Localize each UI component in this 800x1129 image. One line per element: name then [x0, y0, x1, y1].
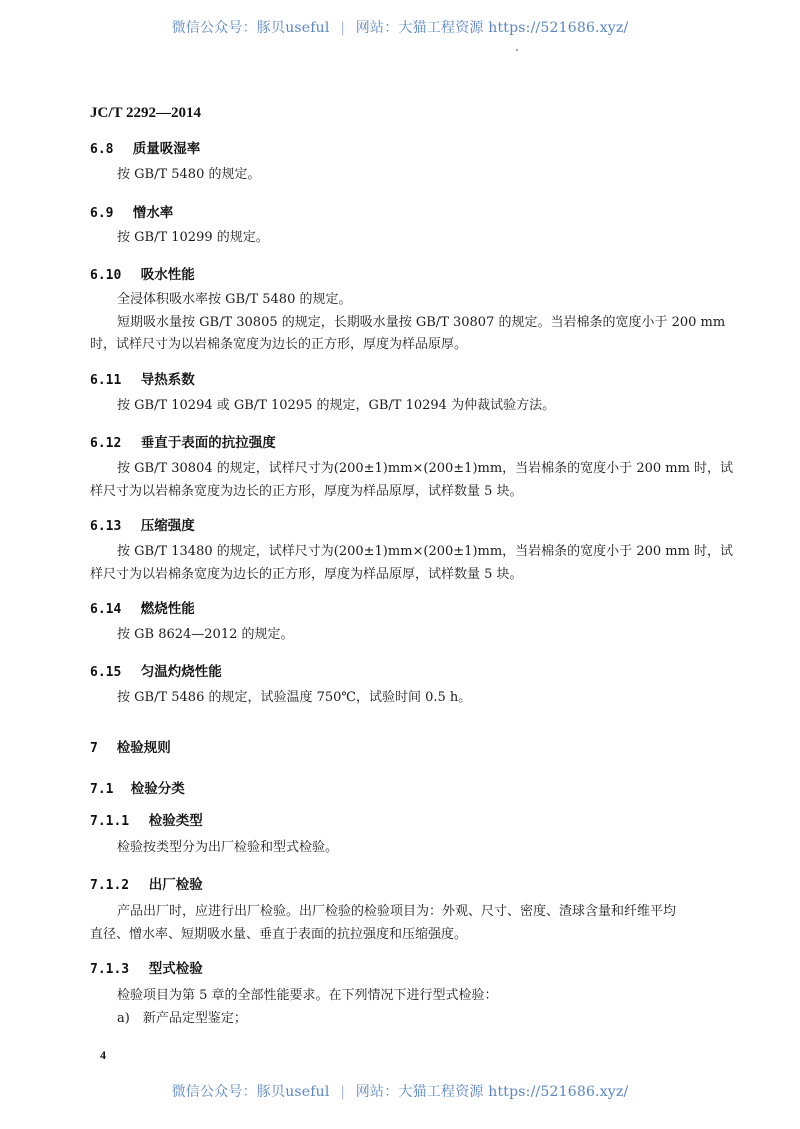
- section-body-7-1-1: 检验按类型分为出厂检验和型式检验。: [90, 837, 710, 860]
- watermark-separator: |: [340, 20, 345, 36]
- body-line: 按 GB/T 10294 或 GB/T 10295 的规定，GB/T 10294…: [90, 395, 710, 418]
- section-number: 6.9: [90, 206, 128, 221]
- section-number: 6.12: [90, 436, 136, 451]
- scan-speck: [516, 49, 518, 51]
- section-body-6-8: 按 GB/T 5480 的规定。: [90, 164, 710, 187]
- section-body-6-15: 按 GB/T 5486 的规定，试验温度 750℃，试验时间 0.5 h。: [90, 687, 710, 710]
- body-line: 样尺寸为以岩棉条宽度为边长的正方形，厚度为样品原厚，试样数量 5 块。: [90, 564, 710, 587]
- watermark-bottom: 微信公众号：豚贝useful | 网站：大猫工程资源 https://52168…: [0, 1081, 800, 1101]
- list-item-a: a) 新产品定型鉴定；: [90, 1008, 710, 1031]
- body-line: 检验项目为第 5 章的全部性能要求。在下列情况下进行型式检验：: [90, 985, 710, 1008]
- watermark-separator: |: [340, 1084, 345, 1100]
- body-line: 产品出厂时，应进行出厂检验。出厂检验的检验项目为：外观、尺寸、密度、渣球含量和纤…: [90, 901, 710, 924]
- section-heading-7-1: 7.1 检验分类: [90, 777, 185, 797]
- section-number: 6.14: [90, 602, 136, 617]
- body-line: 按 GB/T 13480 的规定，试样尺寸为(200±1)mm×(200±1)m…: [90, 541, 710, 564]
- chapter-heading-7: 7 检验规则: [90, 736, 171, 756]
- section-heading-7-1-2: 7.1.2 出厂检验: [90, 873, 203, 893]
- section-number: 7.1.2: [90, 878, 144, 893]
- section-title: 匀温灼烧性能: [141, 664, 222, 680]
- section-body-7-1-2: 产品出厂时，应进行出厂检验。出厂检验的检验项目为：外观、尺寸、密度、渣球含量和纤…: [90, 901, 710, 946]
- section-body-6-9: 按 GB/T 10299 的规定。: [90, 227, 710, 250]
- body-line: 按 GB/T 5486 的规定，试验温度 750℃，试验时间 0.5 h。: [90, 687, 710, 710]
- section-number: 7.1.3: [90, 962, 144, 977]
- section-title: 压缩强度: [141, 518, 195, 534]
- watermark-wechat: 微信公众号：豚贝useful: [172, 20, 330, 36]
- section-heading-6-15: 6.15 匀温灼烧性能: [90, 660, 222, 680]
- section-heading-6-10: 6.10 吸水性能: [90, 263, 195, 283]
- section-heading-6-12: 6.12 垂直于表面的抗拉强度: [90, 431, 276, 451]
- watermark-wechat: 微信公众号：豚贝useful: [172, 1084, 330, 1100]
- section-number: 7: [90, 741, 112, 756]
- watermark-site: 网站：大猫工程资源 https://521686.xyz/: [356, 1084, 629, 1100]
- section-title: 检验分类: [131, 781, 185, 797]
- section-body-7-1-3: 检验项目为第 5 章的全部性能要求。在下列情况下进行型式检验： a) 新产品定型…: [90, 985, 710, 1030]
- section-number: 6.8: [90, 142, 128, 157]
- body-line: 全浸体积吸水率按 GB/T 5480 的规定。: [90, 289, 710, 312]
- body-line: 样尺寸为以岩棉条宽度为边长的正方形，厚度为样品原厚，试样数量 5 块。: [90, 481, 710, 504]
- section-title: 质量吸湿率: [133, 141, 201, 157]
- body-line: 短期吸水量按 GB/T 30805 的规定，长期吸水量按 GB/T 30807 …: [90, 312, 710, 335]
- section-title: 检验类型: [149, 813, 203, 829]
- section-number: 6.15: [90, 665, 136, 680]
- section-heading-6-11: 6.11 导热系数: [90, 368, 195, 388]
- section-number: 6.10: [90, 268, 136, 283]
- section-body-6-12: 按 GB/T 30804 的规定，试样尺寸为(200±1)mm×(200±1)m…: [90, 458, 710, 503]
- section-heading-6-14: 6.14 燃烧性能: [90, 597, 195, 617]
- section-heading-6-8: 6.8 质量吸湿率: [90, 137, 200, 157]
- section-body-6-10: 全浸体积吸水率按 GB/T 5480 的规定。 短期吸水量按 GB/T 3080…: [90, 289, 710, 357]
- section-number: 7.1: [90, 782, 126, 797]
- section-title: 检验规则: [117, 740, 171, 756]
- body-line: 按 GB/T 5480 的规定。: [90, 164, 710, 187]
- section-body-6-11: 按 GB/T 10294 或 GB/T 10295 的规定，GB/T 10294…: [90, 395, 710, 418]
- page-number: 4: [100, 1048, 106, 1063]
- section-title: 出厂检验: [149, 877, 203, 893]
- section-title: 燃烧性能: [141, 601, 195, 617]
- body-line: 时，试样尺寸为以岩棉条宽度为边长的正方形，厚度为样品原厚。: [90, 334, 710, 357]
- section-heading-6-13: 6.13 压缩强度: [90, 514, 195, 534]
- section-title: 型式检验: [149, 961, 203, 977]
- standard-code: JC/T 2292—2014: [90, 105, 201, 122]
- section-number: 7.1.1: [90, 814, 144, 829]
- section-title: 吸水性能: [141, 267, 195, 283]
- section-title: 导热系数: [141, 372, 195, 388]
- watermark-top: 微信公众号：豚贝useful | 网站：大猫工程资源 https://52168…: [0, 17, 800, 37]
- section-body-6-13: 按 GB/T 13480 的规定，试样尺寸为(200±1)mm×(200±1)m…: [90, 541, 710, 586]
- section-heading-7-1-3: 7.1.3 型式检验: [90, 957, 203, 977]
- body-line: 按 GB/T 30804 的规定，试样尺寸为(200±1)mm×(200±1)m…: [90, 458, 710, 481]
- section-title: 憎水率: [133, 205, 174, 221]
- body-line: 按 GB/T 10299 的规定。: [90, 227, 710, 250]
- section-heading-6-9: 6.9 憎水率: [90, 201, 173, 221]
- body-line: 直径、憎水率、短期吸水量、垂直于表面的抗拉强度和压缩强度。: [90, 924, 710, 947]
- watermark-site: 网站：大猫工程资源 https://521686.xyz/: [356, 20, 629, 36]
- body-line: 检验按类型分为出厂检验和型式检验。: [90, 837, 710, 860]
- body-line: 按 GB 8624—2012 的规定。: [90, 624, 710, 647]
- section-number: 6.13: [90, 519, 136, 534]
- section-body-6-14: 按 GB 8624—2012 的规定。: [90, 624, 710, 647]
- section-title: 垂直于表面的抗拉强度: [141, 435, 276, 451]
- section-number: 6.11: [90, 373, 136, 388]
- section-heading-7-1-1: 7.1.1 检验类型: [90, 809, 203, 829]
